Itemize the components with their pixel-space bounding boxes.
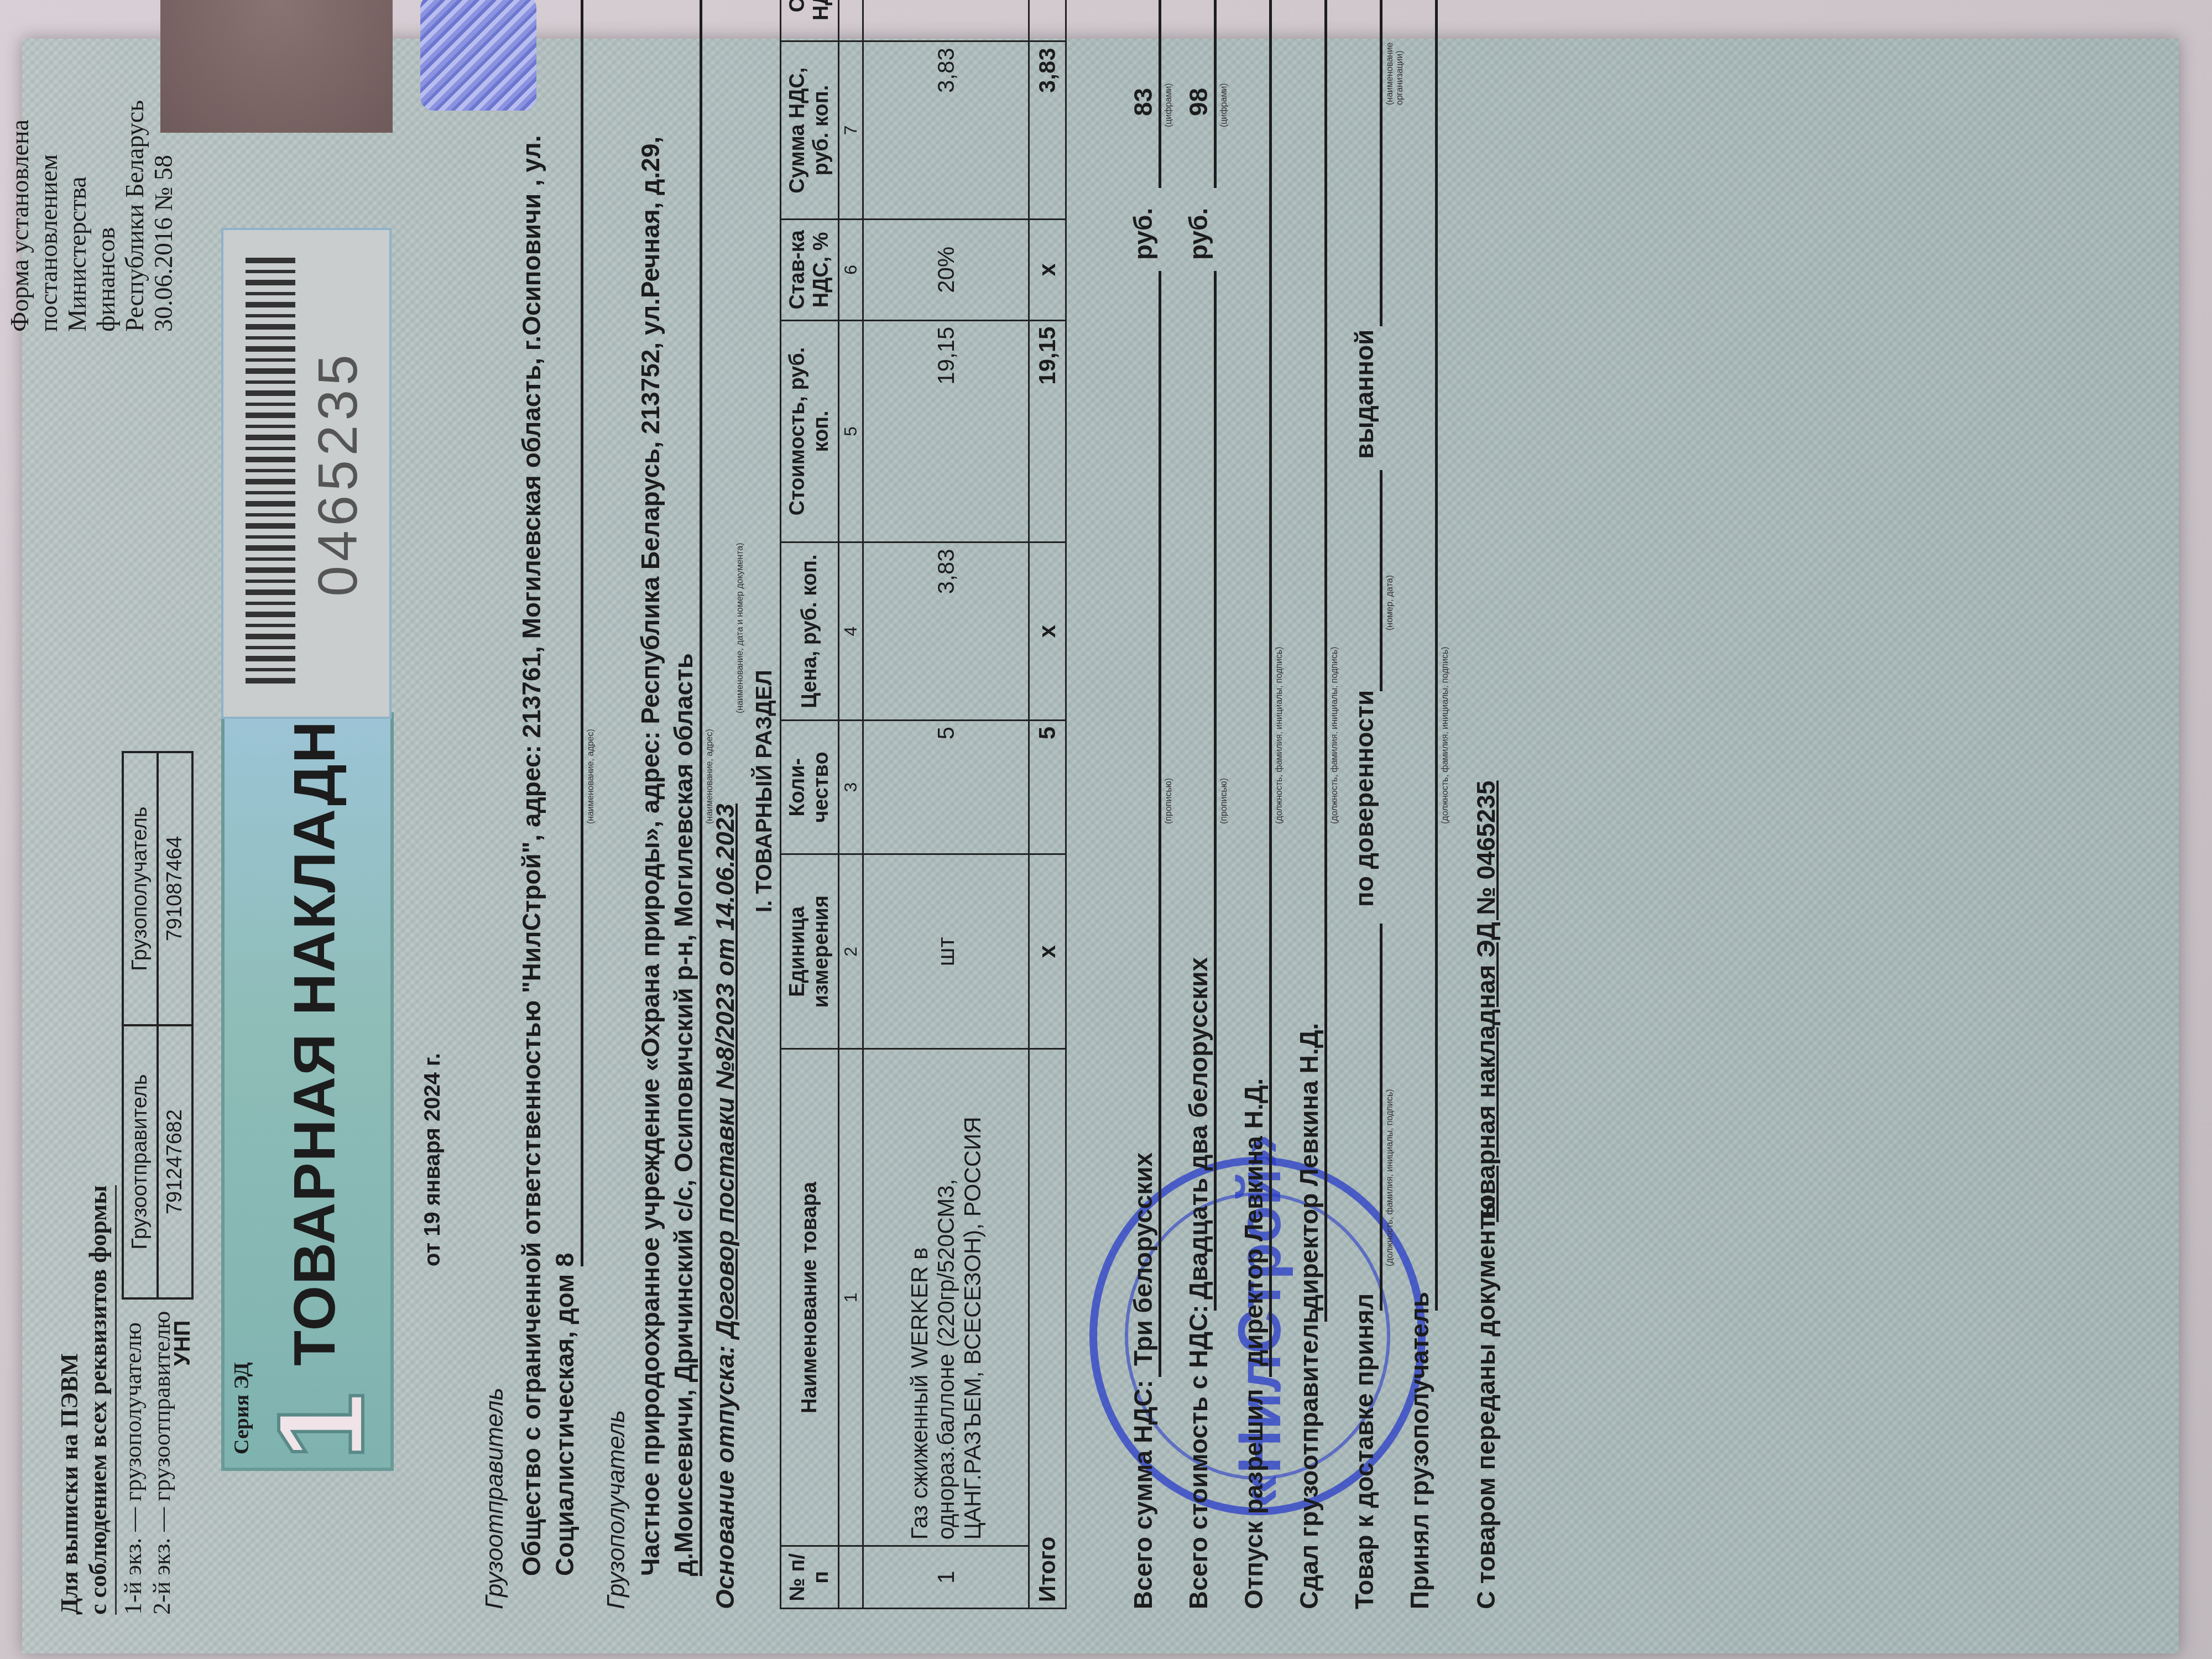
totals-row: Итого x 5 x 19,15 x 3,83 22,98	[1029, 0, 1066, 1609]
accepted-delivery-label: Товар к доставке принял	[1349, 1293, 1379, 1609]
col-price: Цена, руб. коп.	[781, 542, 839, 721]
total-kop-value: 98	[1183, 88, 1213, 116]
col-number: 6	[839, 220, 863, 321]
document-title: ТОВАРНАЯ НАКЛАДНАЯ	[282, 634, 348, 1366]
row-vat-sum: 3,83	[863, 41, 1029, 220]
totals-total: 22,98	[1029, 0, 1066, 41]
row-unit: шт	[863, 854, 1029, 1049]
column-numbers-row: 1 2 3 4 5 6 7 8 9	[839, 0, 863, 1609]
digits-caption: (цифрами)	[1164, 83, 1174, 127]
total-with-vat-words: Двадцать два белорусских	[1183, 957, 1213, 1300]
vat-rub-label: руб.	[1128, 208, 1158, 260]
release-label: Отпуск разрешил	[1239, 1389, 1269, 1609]
vat-total-words: Три белорусских	[1128, 1152, 1158, 1366]
form-note-line: 30.06.2016 № 58	[149, 100, 178, 332]
unp-consignee-value: 791087464	[158, 752, 192, 1025]
row-price: 3,83	[863, 542, 1029, 721]
col-number	[839, 1546, 863, 1609]
col-name: Наименование товара	[781, 1049, 839, 1546]
goods-table: № п/п Наименование товара Единица измере…	[780, 0, 1067, 1609]
unp-label: УНП	[170, 1320, 195, 1366]
col-unit: Единица измерения	[781, 854, 839, 1049]
goods-header-row: № п/п Наименование товара Единица измере…	[781, 0, 839, 1609]
vat-kop-value: 83	[1128, 88, 1158, 116]
words-caption: (прописью)	[1164, 778, 1174, 824]
totals-label: Итого	[1029, 1049, 1066, 1609]
col-number: 4	[839, 542, 863, 721]
handed-label: Сдал грузоотправитель	[1294, 1308, 1324, 1609]
row-cost: 19,15	[863, 320, 1029, 542]
consignee-label: Грузополучатель	[603, 1410, 630, 1609]
barcode	[246, 252, 295, 684]
shipper-line2: Социалистическая, дом 8	[547, 1253, 582, 1576]
unp-shipper-label: Грузоотправитель	[123, 1025, 158, 1298]
col-number: 5	[839, 320, 863, 542]
document-number: 0465235	[306, 230, 370, 717]
docs-label: С товаром переданы документы:	[1471, 1187, 1501, 1609]
col-qty: Коли-чество	[781, 720, 839, 854]
unp-table: Грузоотправитель Грузополучатель 7912476…	[122, 751, 194, 1300]
position-caption: (должность, фамилия, инициалы, подпись)	[1330, 646, 1340, 824]
totals-vat-sum: 3,83	[1029, 41, 1066, 220]
digits-caption: (цифрами)	[1219, 83, 1229, 127]
position-caption: (должность, фамилия, инициалы, подпись)	[1385, 1089, 1395, 1266]
shipper-label: Грузоотправитель	[481, 1387, 509, 1609]
basis-value: Договор поставки №8/2023 от 14.06.2023	[708, 804, 742, 1338]
total-with-vat-label: Всего стоимость с НДС:	[1183, 1305, 1213, 1609]
words-caption: (прописью)	[1219, 778, 1229, 824]
form-note-line: Республики Беларусь	[121, 100, 149, 332]
position-caption: (должность, фамилия, инициалы, подпись)	[1275, 646, 1285, 824]
poa-caption: (номер, дата)	[1385, 575, 1395, 630]
shipper-line1: Общество с ограниченной ответственностью…	[514, 0, 549, 1576]
col-vat-sum: Сумма НДС, руб. коп.	[781, 41, 839, 220]
form-note-line: постановлением	[34, 100, 63, 332]
col-n: № п/п	[781, 1546, 839, 1609]
consignee-line2: д.Моисеевичи, Дричинский с/с, Осиповичск…	[666, 653, 701, 1576]
col-vat-rate: Став-ка НДС, %	[781, 220, 839, 321]
col-cost: Стоимость, руб. коп.	[781, 320, 839, 542]
issued-caption: (наименование организации)	[1385, 39, 1405, 105]
series-number: 1	[260, 1392, 382, 1460]
shipper-caption: (наименование, адрес)	[586, 729, 596, 824]
totals-unit: x	[1029, 854, 1066, 1049]
basis-label: Основание отпуска:	[708, 1345, 742, 1609]
totals-cost: 19,15	[1029, 320, 1066, 542]
row-name: Газ сжиженный WERKER в однораз.баллоне (…	[863, 1049, 1029, 1546]
position-caption: (должность, фамилия, инициалы, подпись)	[1441, 646, 1451, 824]
col-number: 7	[839, 41, 863, 220]
unp-shipper-value: 791247682	[158, 1025, 192, 1298]
table-row: 1 Газ сжиженный WERKER в однораз.баллоне…	[863, 0, 1029, 1609]
col-total: Стоимость с НДС, руб. коп.	[781, 0, 839, 41]
form-note-line: Форма установлена	[6, 100, 34, 332]
poa-label: по доверенности	[1349, 690, 1379, 907]
pc-note-line1: Для выписки на ПЭВМ	[56, 1353, 83, 1615]
col-number: 3	[839, 720, 863, 854]
col-number: 8	[839, 0, 863, 41]
barcode-box: 0465235	[221, 228, 392, 719]
form-approval-note: Форма установлена постановлением Министе…	[6, 100, 178, 332]
document-date: от 19 января 2024 г.	[420, 1053, 445, 1266]
total-rub-label: руб.	[1183, 208, 1213, 260]
vat-total-label: Всего сумма НДС:	[1128, 1380, 1158, 1609]
received-label: Принял грузополучатель	[1405, 1292, 1434, 1609]
consignee-line1: Частное природоохранное учреждение «Охра…	[633, 0, 667, 1576]
row-n: 1	[863, 1546, 1029, 1609]
security-hologram	[160, 0, 393, 133]
goods-section-title: I. ТОВАРНЫЙ РАЗДЕЛ	[752, 670, 777, 912]
totals-qty: 5	[1029, 720, 1066, 854]
docs-value: товарная накладная ЭД № 0465235	[1471, 780, 1501, 1222]
pc-note-line2: с соблюдением всех реквизитов формы	[85, 1185, 112, 1615]
totals-price: x	[1029, 542, 1066, 721]
issued-label: выданной	[1349, 330, 1379, 459]
waybill-sheet: Для выписки на ПЭВМ с соблюдением всех р…	[22, 39, 2179, 1653]
series-label: Серия ЭД	[229, 1362, 254, 1454]
row-vat-rate: 20%	[863, 220, 1029, 321]
form-note-line: Министерства финансов	[63, 100, 121, 332]
basis-caption: (наименование, дата и номер документа)	[735, 543, 745, 714]
row-qty: 5	[863, 720, 1029, 854]
col-number: 2	[839, 854, 863, 1049]
handed-value: директор Левкина Н.Д.	[1294, 1023, 1324, 1311]
release-value: директор Левкина Н.Д.	[1239, 1078, 1269, 1366]
unp-consignee-label: Грузополучатель	[123, 752, 158, 1025]
col-number: 1	[839, 1049, 863, 1546]
totals-vat-rate: x	[1029, 220, 1066, 321]
row-total: 22,98	[863, 0, 1029, 41]
